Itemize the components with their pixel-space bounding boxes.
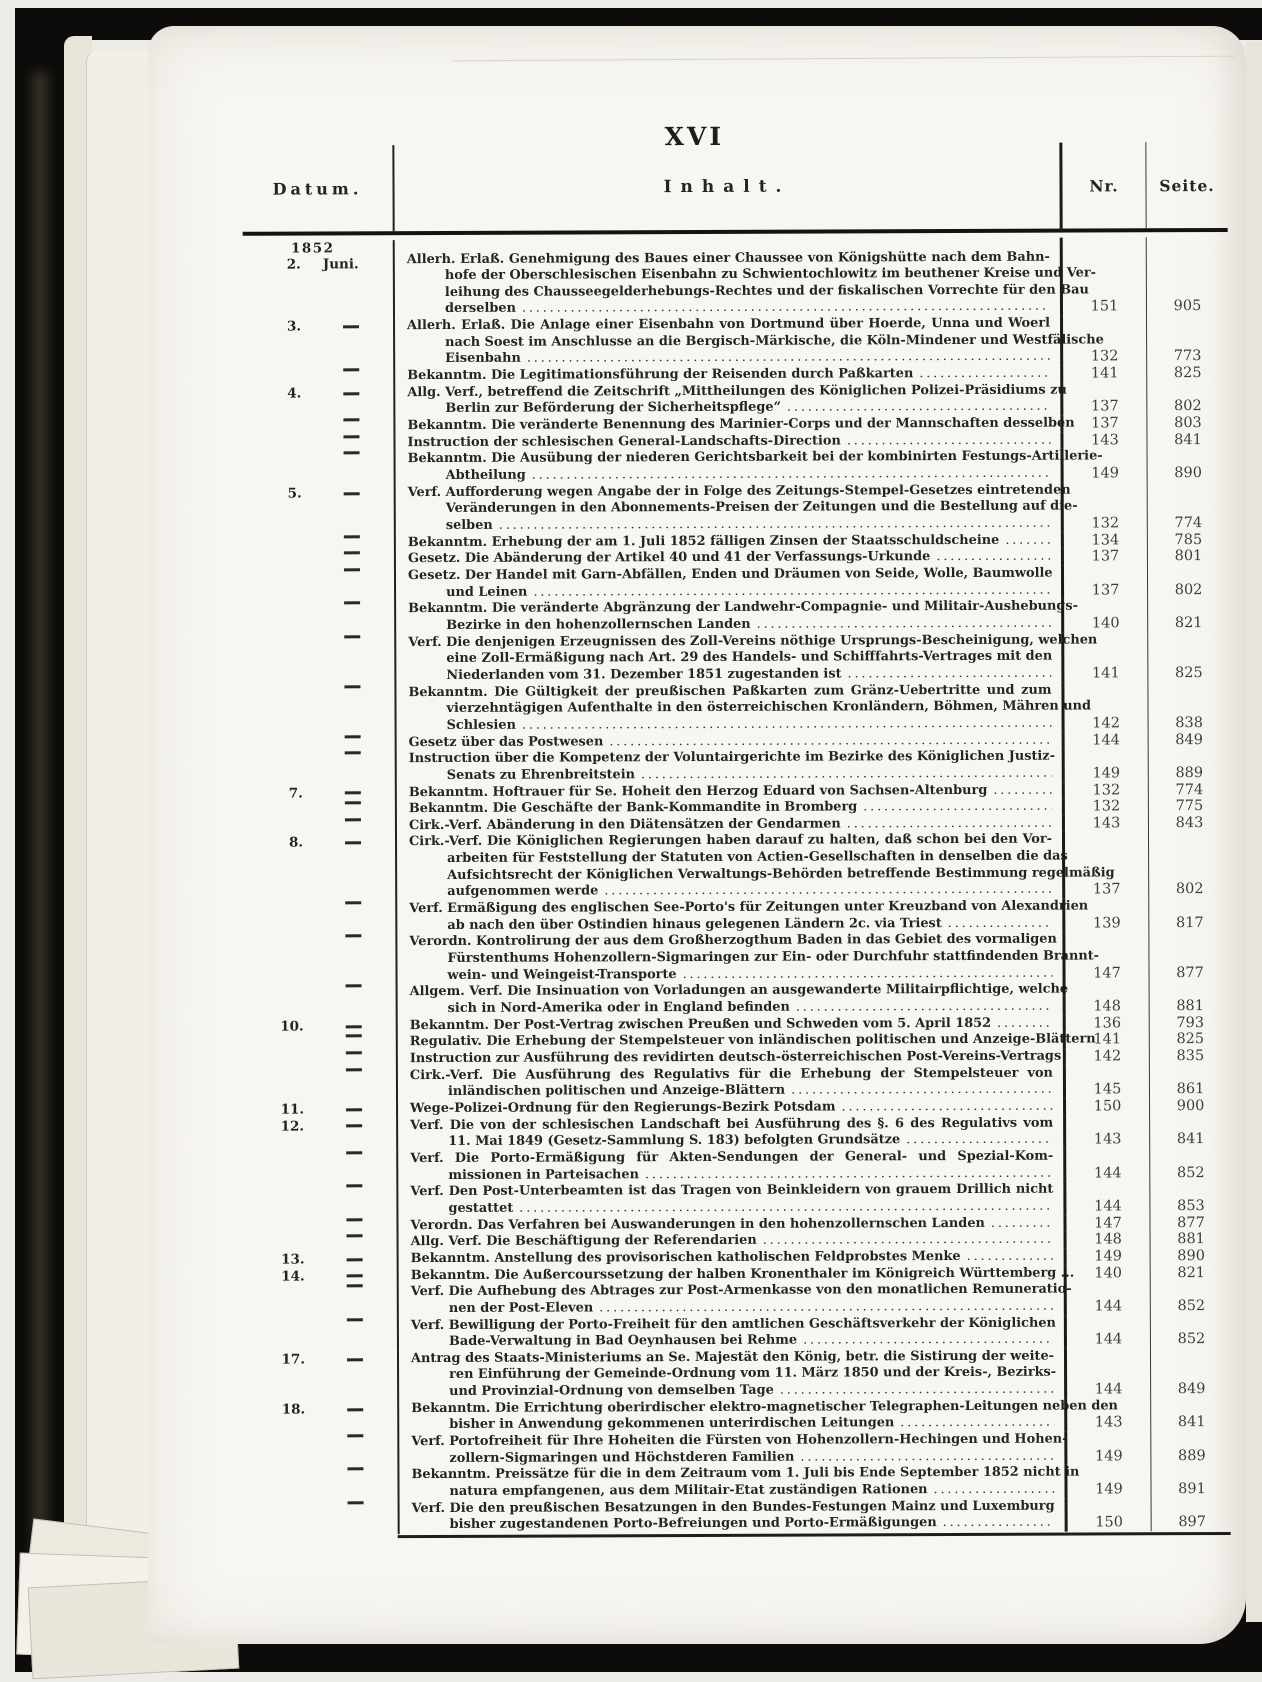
date-repeat-dash: [346, 1185, 362, 1188]
entry-line-text: Verordn. Kontrolirung der aus dem Großhe…: [409, 932, 1056, 949]
seite-value: 775: [1176, 798, 1204, 815]
nr-value: 149: [1094, 1248, 1122, 1265]
date-repeat-dash: [346, 1035, 362, 1038]
entry-date: [247, 1318, 397, 1352]
entry-dayline: [254, 685, 394, 689]
toc-row: Verf. Die den preußischen Besatzungen in…: [248, 1498, 1233, 1535]
entry-nr: 143: [1060, 432, 1146, 449]
entry-line-text: bisher zugestandenen Porto-Befreiungen u…: [450, 1515, 937, 1534]
entry-line-text: Bekanntm. Die Ausübung der niederen Geri…: [408, 449, 1103, 467]
scanned-book-photo: XVI Datum. Inhalt. Nr. Seite. 18522.Juni…: [0, 0, 1262, 1682]
entry-dayline: [257, 1234, 397, 1238]
entry-dayline: [257, 1284, 397, 1288]
entry-line-text: arbeiten für Feststellung der Statuten v…: [447, 849, 1068, 866]
entry-line-text: derselben: [445, 301, 516, 318]
nr-value: 143: [1093, 815, 1121, 832]
entry-dayline: [255, 751, 395, 755]
entry-date: 4.: [243, 385, 393, 419]
entry-line-text: vierzehntägigen Aufenthalte in den öster…: [446, 699, 1090, 716]
date-repeat-dash: [344, 452, 360, 455]
entry-dayline: [254, 635, 394, 639]
seite-value: 825: [1174, 365, 1202, 382]
date-repeat-dash: [344, 602, 360, 605]
entry-nr: 150: [1063, 1098, 1149, 1115]
entry-nr: 144: [1064, 1281, 1150, 1315]
seite-value: 835: [1176, 1048, 1204, 1065]
seite-value: 877: [1176, 965, 1204, 982]
toc-row: Verf. Den Post-Unterbeamten ist das Trag…: [246, 1181, 1231, 1218]
nr-value: 136: [1093, 1015, 1121, 1032]
seite-value: 841: [1177, 1131, 1205, 1148]
nr-value: 142: [1092, 715, 1120, 732]
entry-dayline: 13.: [257, 1251, 397, 1268]
seite-value: 774: [1174, 515, 1202, 532]
entry-text: Bekanntm. Die Ausübung der niederen Geri…: [394, 449, 1061, 485]
entry-dayline: [258, 1501, 398, 1505]
entry-nr: 143: [1064, 1398, 1150, 1432]
entry-date: [247, 1434, 397, 1468]
dots-leader: [848, 666, 1052, 683]
entry-dayline: 7.: [255, 785, 395, 802]
toc-table: Datum. Inhalt. Nr. Seite. 18522.Juni.All…: [242, 142, 1232, 1538]
entry-day: 17.: [257, 1351, 305, 1368]
seite-value: 841: [1178, 1414, 1206, 1431]
entry-date: 14.: [247, 1268, 397, 1285]
entry-line-text: Verf. Die Porto-Ermäßigung für Akten-Sen…: [410, 1149, 1053, 1166]
date-repeat-dash: [346, 1108, 362, 1111]
entry-seite: 841: [1146, 432, 1228, 449]
entry-line: bisher zugestandenen Porto-Befreiungen u…: [412, 1515, 1055, 1534]
seite-value: 841: [1174, 432, 1202, 449]
entry-line-text: Verf. Den Post-Unterbeamten ist das Trag…: [410, 1182, 1053, 1199]
dots-leader: [604, 882, 1052, 900]
seite-value: 900: [1177, 1098, 1205, 1115]
date-repeat-dash: [346, 985, 362, 988]
dots-leader: [522, 299, 1050, 318]
entry-text: Verf. Die den preußischen Besatzungen in…: [398, 1498, 1065, 1534]
entry-line-text: wein- und Weingeist-Transporte: [448, 967, 677, 985]
entry-dayline: [256, 1184, 396, 1188]
seite-value: 838: [1175, 715, 1203, 732]
dots-leader: [847, 815, 1052, 832]
nr-value: 137: [1092, 549, 1120, 566]
seite-value: 905: [1174, 299, 1202, 316]
entry-nr: 137: [1060, 382, 1146, 416]
seite-value: 825: [1175, 665, 1203, 682]
date-repeat-dash: [347, 1235, 363, 1238]
entry-day: 5.: [254, 485, 302, 502]
entry-date: [246, 1184, 396, 1218]
dots-leader: [803, 1332, 1054, 1350]
entry-dayline: [253, 435, 393, 439]
dots-leader: [499, 516, 1051, 535]
entry-seite: 803: [1146, 415, 1228, 432]
entry-text: Verf. Portofreiheit für Ihre Hoheiten di…: [397, 1432, 1064, 1468]
entry-dayline: [254, 601, 394, 605]
entry-dayline: 11.: [256, 1101, 396, 1118]
nr-value: 143: [1094, 1132, 1122, 1149]
entry-seite: 841: [1150, 1398, 1232, 1432]
dots-leader: [780, 1382, 1054, 1400]
entry-line-text: selben: [446, 518, 493, 535]
entry-date: [243, 368, 393, 385]
entry-nr: 137: [1060, 415, 1146, 432]
entry-line-text: Aufsichtsrecht der Königlichen Verwaltun…: [447, 865, 1115, 883]
entry-line-text: natura empfangenen, aus dem Militair-Eta…: [449, 1482, 927, 1500]
toc-row: Bekanntm. Die Ausübung der niederen Geri…: [244, 448, 1229, 485]
nr-value: 149: [1095, 1448, 1123, 1465]
dots-leader: [532, 466, 1051, 485]
entry-line-text: Bekanntm. Die veränderte Abgränzung der …: [408, 599, 1078, 617]
entry-seite: 852: [1150, 1314, 1232, 1348]
entry-text: Verf. Bewilligung der Porto-Freiheit für…: [397, 1315, 1064, 1351]
entry-seite: 774: [1147, 482, 1229, 532]
entry-dayline: [255, 735, 395, 739]
entry-day: 11.: [256, 1101, 304, 1118]
dots-leader: [791, 1082, 1053, 1100]
entry-text: Verf. Den Post-Unterbeamten ist das Trag…: [396, 1182, 1063, 1218]
date-repeat-dash: [343, 325, 359, 328]
entry-day: 3.: [253, 319, 301, 336]
entry-line-text: hofe der Oberschlesischen Eisenbahn zu S…: [445, 266, 1096, 283]
entry-line-text: missionen in Parteisachen: [448, 1167, 639, 1184]
date-repeat-dash: [348, 1501, 364, 1504]
nr-value: 149: [1091, 465, 1119, 482]
date-repeat-dash: [345, 751, 361, 754]
entry-date: [244, 452, 394, 486]
nr-value: 132: [1091, 349, 1119, 366]
entry-date: 8.: [245, 835, 395, 902]
entry-text: Verf. Die von der schlesischen Landschaf…: [396, 1115, 1063, 1151]
date-repeat-dash: [345, 801, 361, 804]
entry-line-text: Bekanntm. Anstellung des provisorischen …: [411, 1249, 961, 1268]
nr-value: 140: [1092, 615, 1120, 632]
entry-text: Gesetz. Der Handel mit Garn-Abfällen, En…: [394, 566, 1061, 602]
entry-line-text: Bekanntm. Die Legitimationsführung der R…: [407, 366, 913, 385]
entry-nr: 144: [1063, 1148, 1149, 1182]
date-repeat-dash: [347, 1468, 363, 1471]
nr-value: 139: [1093, 915, 1121, 932]
date-repeat-dash: [344, 552, 360, 555]
entry-nr: 137: [1061, 549, 1147, 566]
date-repeat-dash: [345, 935, 361, 938]
entry-line-text: nen der Post-Eleven: [449, 1300, 593, 1317]
entry-dayline: [253, 368, 393, 372]
entry-day: 2.: [253, 257, 301, 274]
seite-value: 803: [1174, 415, 1202, 432]
toc-row: Verf. Portofreiheit für Ihre Hoheiten di…: [247, 1431, 1232, 1468]
toc-row: 17.Antrag des Staats-Ministeriums an Se.…: [247, 1348, 1232, 1402]
entry-line-text: Antrag des Staats-Ministeriums an Se. Ma…: [411, 1348, 1054, 1365]
entry-seite: 889: [1150, 1431, 1232, 1465]
seite-value: 852: [1178, 1331, 1206, 1348]
entry-dayline: 18.: [257, 1401, 397, 1418]
col-header-seite: Seite.: [1145, 142, 1227, 228]
entry-day: 14.: [257, 1268, 305, 1285]
entry-line-text: Bekanntm. Preissätze für die in dem Zeit…: [411, 1465, 1079, 1483]
entry-nr: 147: [1062, 932, 1148, 982]
entry-nr: 132: [1062, 782, 1148, 799]
entry-seite: 843: [1148, 815, 1230, 832]
seite-value: 774: [1175, 782, 1203, 799]
entry-line-text: sich in Nord-Amerika oder in England bef…: [448, 1000, 790, 1018]
entry-nr: 149: [1061, 449, 1147, 483]
entry-dayline: [254, 535, 394, 539]
entry-date: [246, 1068, 396, 1102]
entry-day: 13.: [257, 1251, 305, 1268]
entry-seite: 821: [1150, 1264, 1232, 1281]
seite-value: 889: [1178, 1448, 1206, 1465]
date-repeat-dash: [345, 818, 361, 821]
entry-dayline: [255, 901, 395, 905]
entry-nr: 137: [1062, 832, 1148, 899]
entry-seite: 891: [1150, 1464, 1232, 1498]
entry-seite: 838: [1147, 682, 1229, 732]
nr-value: 147: [1094, 1215, 1122, 1232]
seite-value: 861: [1177, 1081, 1205, 1098]
entry-text: Verf. Die Aufhebung des Abtrages zur Pos…: [397, 1282, 1064, 1318]
entry-date: [246, 1035, 396, 1052]
seite-value: 889: [1175, 765, 1203, 782]
entry-seite: 835: [1149, 1048, 1231, 1065]
entry-line-text: Allg. Verf. Die Beschäftigung der Refere…: [411, 1233, 757, 1251]
entry-year: 1852: [253, 240, 373, 257]
date-repeat-dash: [347, 1358, 363, 1361]
entry-date: [246, 985, 396, 1019]
entry-seite: 877: [1148, 931, 1230, 981]
entry-text: Allg. Verf., betreffend die Zeitschrift …: [393, 382, 1060, 418]
dots-leader: [522, 716, 1052, 735]
entry-line-text: Verf. Die denjenigen Erzeugnissen des Zo…: [408, 632, 1097, 650]
entry-line-text: Cirk.-Verf. Die Ausführung des Regulativ…: [410, 1065, 1053, 1082]
entry-line-text: Gesetz. Die Abänderung der Artikel 40 un…: [408, 549, 930, 568]
entry-nr: 139: [1062, 898, 1148, 932]
entry-day: 18.: [257, 1401, 305, 1418]
entry-line-text: 11. Mai 1849 (Gesetz-Sammlung S. 183) be…: [448, 1133, 900, 1151]
entry-line-text: Senats zu Ehrenbreitstein: [447, 767, 635, 784]
entry-seite: 853: [1149, 1181, 1231, 1215]
date-repeat-dash: [346, 1125, 362, 1128]
seite-value: 802: [1174, 398, 1202, 415]
dots-leader: [683, 965, 1053, 983]
entry-nr: 143: [1062, 815, 1148, 832]
entry-text: Bekanntm. Die veränderte Abgränzung der …: [394, 599, 1061, 635]
seite-value: 891: [1178, 1481, 1206, 1498]
entry-dayline: [256, 985, 396, 989]
toc-header: Datum. Inhalt. Nr. Seite.: [242, 142, 1227, 232]
date-repeat-dash: [344, 492, 360, 495]
entry-line-text: zollern-Sigmaringen und Höchstderen Fami…: [449, 1449, 794, 1467]
entry-day: 4.: [253, 385, 301, 402]
entry-date: [244, 535, 394, 552]
date-repeat-dash: [347, 1284, 363, 1287]
dots-leader: [967, 1249, 1054, 1266]
entry-text: Instruction über die Kompetenz der Volun…: [395, 749, 1062, 785]
page-content: XVI Datum. Inhalt. Nr. Seite. 18522.Juni…: [145, 24, 1249, 1646]
seite-value: 843: [1176, 815, 1204, 832]
entry-day: 10.: [256, 1018, 304, 1035]
entry-date: [244, 551, 394, 568]
entry-seite: 881: [1150, 1231, 1232, 1248]
seite-value: 877: [1177, 1215, 1205, 1232]
nr-value: 144: [1092, 732, 1120, 749]
entry-nr: 141: [1060, 365, 1146, 382]
nr-value: 147: [1093, 965, 1121, 982]
entry-nr: 148: [1064, 1231, 1150, 1248]
toc-row: Verf. Bewilligung der Porto-Freiheit für…: [247, 1314, 1232, 1351]
entry-line-text: eine Zoll-Ermäßigung nach Art. 29 des Ha…: [446, 649, 1052, 666]
entry-line-text: Allgem. Verf. Die Insinuation von Vorlad…: [410, 982, 1069, 1000]
dots-leader: [599, 1298, 1054, 1316]
date-repeat-dash: [347, 1318, 363, 1321]
entry-line-text: Bekanntm. Die Gültigkeit der preußischen…: [408, 682, 1051, 699]
entry-line-text: Verf. Aufforderung wegen Angabe der in F…: [408, 482, 1071, 500]
entry-seite: 841: [1149, 1115, 1231, 1149]
entry-text: Verf. Ermäßigung des englischen See-Port…: [395, 899, 1062, 935]
date-repeat-dash: [347, 1258, 363, 1261]
toc-row: Verordn. Kontrolirung der aus dem Großhe…: [245, 931, 1230, 985]
entry-nr: 140: [1064, 1265, 1150, 1282]
dots-leader: [948, 915, 1053, 932]
date-repeat-dash: [345, 842, 361, 845]
entry-date: [243, 418, 393, 435]
entry-seite: 801: [1147, 548, 1229, 565]
entry-day: 8.: [255, 835, 303, 852]
entry-date: 10.: [246, 1018, 396, 1035]
entry-line-text: Abtheilung: [446, 468, 526, 485]
toc-row: 5.Verf. Aufforderung wegen Angabe der in…: [244, 482, 1229, 536]
entry-seite: 825: [1147, 632, 1229, 682]
nr-value: 149: [1092, 765, 1120, 782]
entry-date: [244, 685, 394, 736]
toc-row: Verf. Die denjenigen Erzeugnissen des Zo…: [244, 632, 1229, 686]
dots-leader: [842, 1099, 1054, 1116]
entry-date: [245, 901, 395, 935]
entry-dayline: 14.: [257, 1268, 397, 1285]
seite-value: 825: [1176, 1031, 1204, 1048]
date-repeat-dash: [343, 368, 359, 371]
dots-leader: [997, 1015, 1053, 1032]
entry-seite: 802: [1147, 565, 1229, 599]
entry-seite: 802: [1146, 382, 1228, 416]
entry-nr: 150: [1065, 1498, 1151, 1532]
entry-date: [247, 1284, 397, 1318]
dots-leader: [1005, 532, 1051, 549]
entry-nr: 141: [1061, 632, 1147, 682]
toc-row: 18.Bekanntm. Die Errichtung oberirdische…: [247, 1398, 1232, 1435]
entry-text: Verordn. Kontrolirung der aus dem Großhe…: [395, 932, 1062, 985]
entry-line-text: ren Einführung der Gemeinde-Ordnung vom …: [449, 1365, 1056, 1382]
entry-nr: 149: [1064, 1431, 1150, 1465]
toc-row: Bekanntm. Preissätze für die in dem Zeit…: [247, 1464, 1232, 1501]
seite-value: 881: [1177, 1231, 1205, 1248]
entry-line-text: Allerh. Erlaß. Genehmigung des Baues ein…: [407, 249, 1050, 266]
nr-value: 132: [1092, 782, 1120, 799]
toc-row: 12.Verf. Die von der schlesischen Landsc…: [246, 1115, 1231, 1152]
seite-value: 881: [1176, 998, 1204, 1015]
entry-line-text: Allg. Verf., betreffend die Zeitschrift …: [407, 382, 1067, 400]
nr-value: 144: [1094, 1198, 1122, 1215]
date-repeat-dash: [347, 1434, 363, 1437]
toc-row: Cirk.-Verf. Die Ausführung des Regulativ…: [246, 1065, 1231, 1102]
seite-value: 890: [1177, 1248, 1205, 1265]
entry-seite: 774: [1148, 781, 1230, 798]
entry-nr: 144: [1062, 732, 1148, 749]
entry-nr: 147: [1063, 1215, 1149, 1232]
seite-value: 802: [1175, 582, 1203, 599]
dots-leader: [763, 1232, 1054, 1250]
entry-date: 17.: [247, 1351, 397, 1402]
entry-line-text: Veränderungen in den Abonnements-Preisen…: [446, 499, 1078, 516]
date-repeat-dash: [346, 1218, 362, 1221]
entry-dayline: [256, 1035, 396, 1039]
seite-value: 849: [1178, 1381, 1206, 1398]
seite-value: 793: [1176, 1015, 1204, 1032]
nr-value: 141: [1091, 365, 1119, 382]
entry-dayline: 2.Juni.: [253, 256, 393, 273]
entry-seite: 852: [1150, 1281, 1232, 1315]
date-repeat-dash: [345, 735, 361, 738]
toc-row: 8.Cirk.-Verf. Die Königlichen Regierunge…: [245, 831, 1230, 901]
entry-date: 11.: [246, 1101, 396, 1118]
entry-date: [246, 1151, 396, 1185]
toc-row: Bekanntm. Die veränderte Abgränzung der …: [244, 598, 1229, 635]
entry-seite: 825: [1146, 365, 1228, 382]
date-repeat-dash: [344, 685, 360, 688]
entry-dayline: [254, 568, 394, 572]
nr-value: 143: [1091, 432, 1119, 449]
entry-text: Bekanntm. Preissätze für die in dem Zeit…: [397, 1465, 1064, 1501]
toc-row: Instruction über die Kompetenz der Volun…: [245, 748, 1230, 785]
nr-value: 132: [1091, 515, 1119, 532]
entry-seite: 849: [1148, 731, 1230, 748]
seite-value: 802: [1176, 881, 1204, 898]
entry-line-text: Allerh. Erlaß. Die Anlage einer Eisenbah…: [407, 316, 1050, 333]
entry-line-text: Bekanntm. Die Errichtung oberirdischer e…: [411, 1398, 1118, 1416]
page-edge-right: [1246, 42, 1262, 1622]
entry-dayline: [257, 1434, 397, 1438]
entry-line-text: inländischen politischen und Anzeige-Blä…: [448, 1083, 785, 1101]
entry-dayline: [257, 1468, 397, 1472]
entry-seite: 890: [1150, 1248, 1232, 1265]
entry-nr: 142: [1063, 1048, 1149, 1065]
toc-row: 4.Allg. Verf., betreffend die Zeitschrif…: [243, 382, 1228, 419]
entry-text: Antrag des Staats-Ministeriums an Se. Ma…: [397, 1348, 1064, 1401]
entry-nr: 149: [1064, 1248, 1150, 1265]
toc-row: Allgem. Verf. Die Insinuation von Vorlad…: [246, 981, 1231, 1018]
entry-line-text: Bekanntm. Die Geschäfte der Bank-Kommand…: [409, 800, 857, 818]
date-repeat-dash: [346, 1051, 362, 1054]
entry-text: Cirk.-Verf. Die Ausführung des Regulativ…: [396, 1065, 1063, 1101]
date-repeat-dash: [346, 1151, 362, 1154]
dots-leader: [991, 1215, 1054, 1232]
toc-row: Verf. Die Porto-Ermäßigung für Akten-Sen…: [246, 1148, 1231, 1185]
entry-dayline: [253, 418, 393, 422]
entry-dayline: [257, 1318, 397, 1322]
entry-nr: 143: [1063, 1115, 1149, 1149]
nr-value: 132: [1093, 799, 1121, 816]
entry-seite: 877: [1149, 1215, 1231, 1232]
entry-line-text: Cirk.-Verf. Die Königlichen Regierungen …: [409, 832, 1052, 849]
dots-leader: [993, 782, 1052, 799]
entry-seite: 773: [1146, 315, 1228, 365]
nr-value: 148: [1094, 1232, 1122, 1249]
entry-date: 5.: [244, 485, 394, 536]
seite-value: 785: [1174, 532, 1202, 549]
entry-seite: 861: [1149, 1065, 1231, 1099]
entry-date: [245, 801, 395, 818]
dots-leader: [533, 582, 1051, 601]
